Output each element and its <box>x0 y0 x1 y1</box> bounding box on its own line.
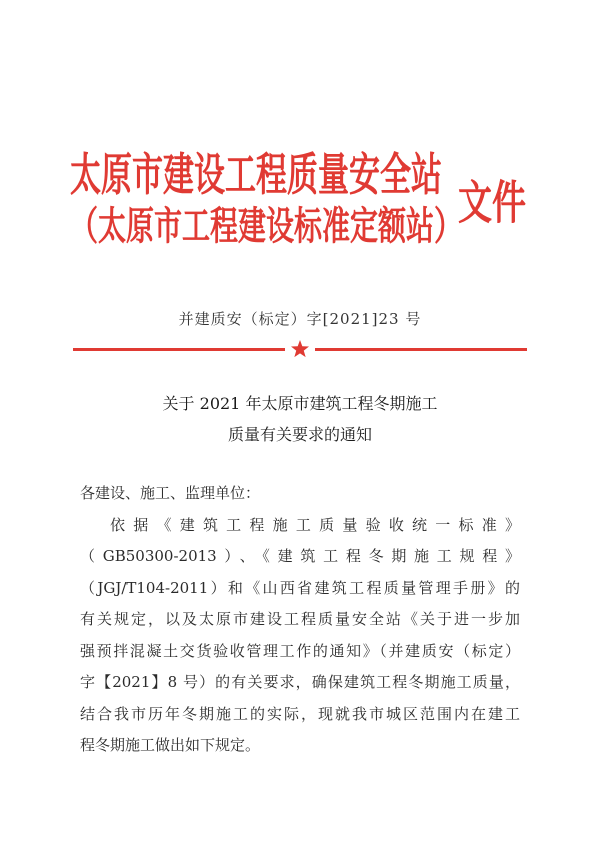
body-line: 结合我市历年冬期施工的实际，现就我市城区范围内在建工 <box>80 699 520 731</box>
star-icon <box>289 340 311 358</box>
document-title: 关于 2021 年太原市建筑工程冬期施工 质量有关要求的通知 <box>0 388 600 450</box>
body-line: 强预拌混凝土交货验收管理工作的通知》（并建质安（标定） <box>80 636 520 668</box>
separator-rule-right <box>315 348 527 351</box>
document-body: 各建设、施工、监理单位： 依据《建筑工程施工质量验收统一标准》 （GB50300… <box>80 478 520 762</box>
document-type-label: 文件 <box>458 166 526 232</box>
document-number: 并建质安（标定）字[2021]23 号 <box>0 308 600 329</box>
title-line-2: 质量有关要求的通知 <box>0 419 600 450</box>
issuer-alt-name: （太原市工程建设标准定额站） <box>70 196 462 252</box>
title-line-1: 关于 2021 年太原市建筑工程冬期施工 <box>0 388 600 419</box>
document-header: 太原市建设工程质量安全站 （太原市工程建设标准定额站） 文件 <box>70 138 540 248</box>
salutation: 各建设、施工、监理单位： <box>80 478 520 510</box>
body-line: 依据《建筑工程施工质量验收统一标准》 <box>80 510 520 542</box>
issuer-name: 太原市建设工程质量安全站 <box>70 138 442 203</box>
body-line: 有关规定，以及太原市建设工程质量安全站《关于进一步加 <box>80 604 520 636</box>
body-line: （JGJ/T104-2011）和《山西省建筑工程质量管理手册》的 <box>80 573 520 605</box>
red-separator <box>73 340 527 358</box>
separator-rule-left <box>73 348 285 351</box>
body-line: （GB50300-2013）、《建筑工程冬期施工规程》 <box>80 541 520 573</box>
body-line: 程冬期施工做出如下规定。 <box>80 730 520 762</box>
body-line: 字【2021】8 号）的有关要求，确保建筑工程冬期施工质量， <box>80 667 520 699</box>
